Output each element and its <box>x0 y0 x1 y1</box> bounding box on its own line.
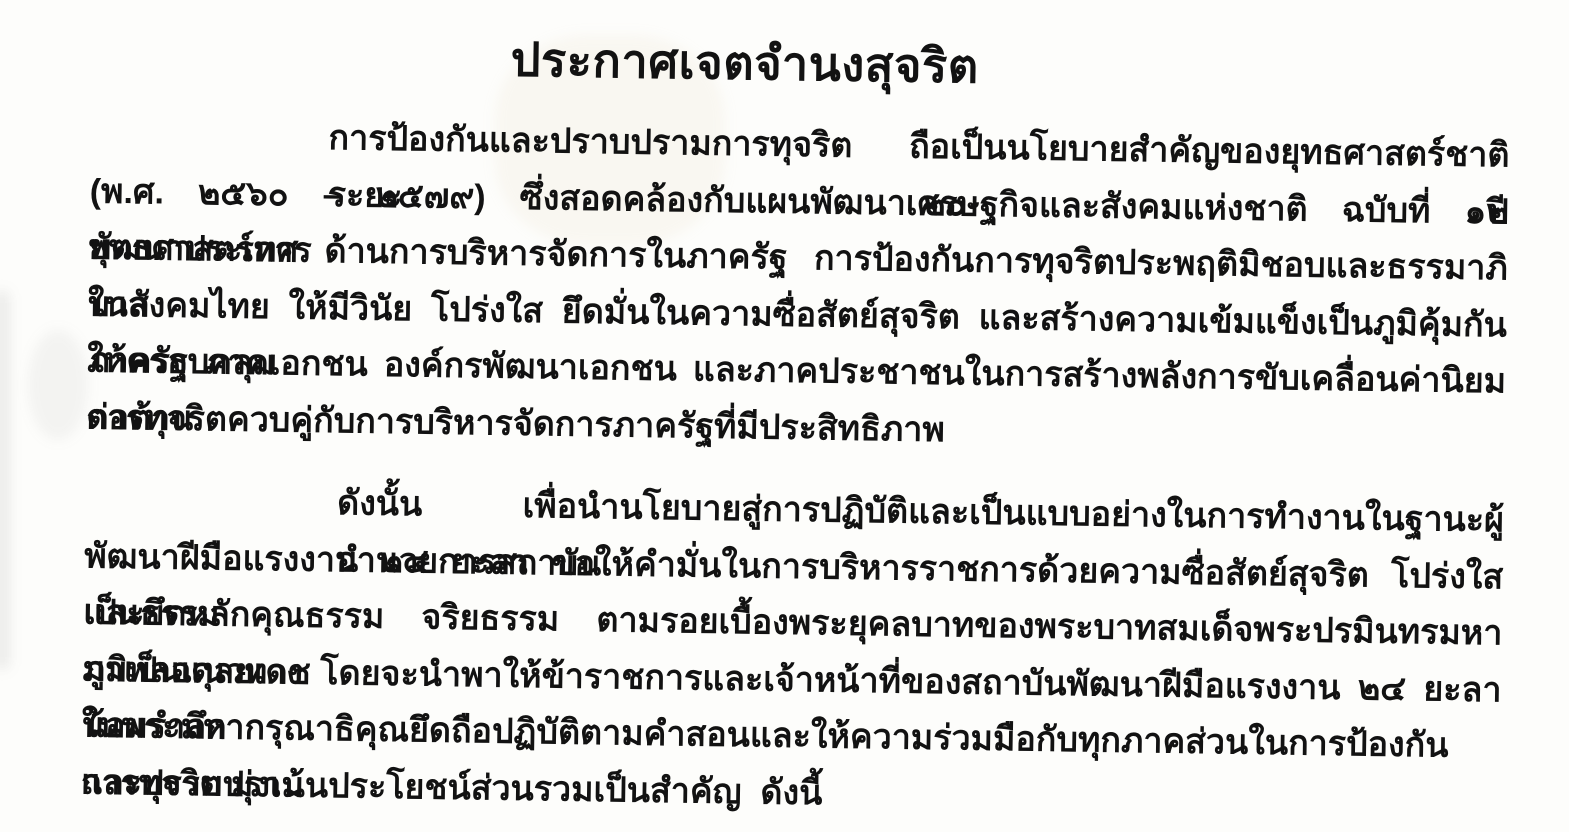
paragraph-2: ดังนั้น เพื่อนำนโยบายสู่การปฏิบัติและเป็… <box>81 471 1505 787</box>
paragraph-1: การป้องกันและปราบปรามการทุจริต ถือเป็นนโ… <box>86 106 1510 466</box>
document-content: ประกาศเจตจำนงสุจริต การป้องกันและปราบปรา… <box>0 0 1569 787</box>
document-title: ประกาศเจตจำนงสุจริต <box>0 21 1490 105</box>
scanned-page: ประกาศเจตจำนงสุจริต การป้องกันและปราบปรา… <box>0 0 1569 787</box>
document-body: การป้องกันและปราบปรามการทุจริต ถือเป็นนโ… <box>81 106 1510 787</box>
